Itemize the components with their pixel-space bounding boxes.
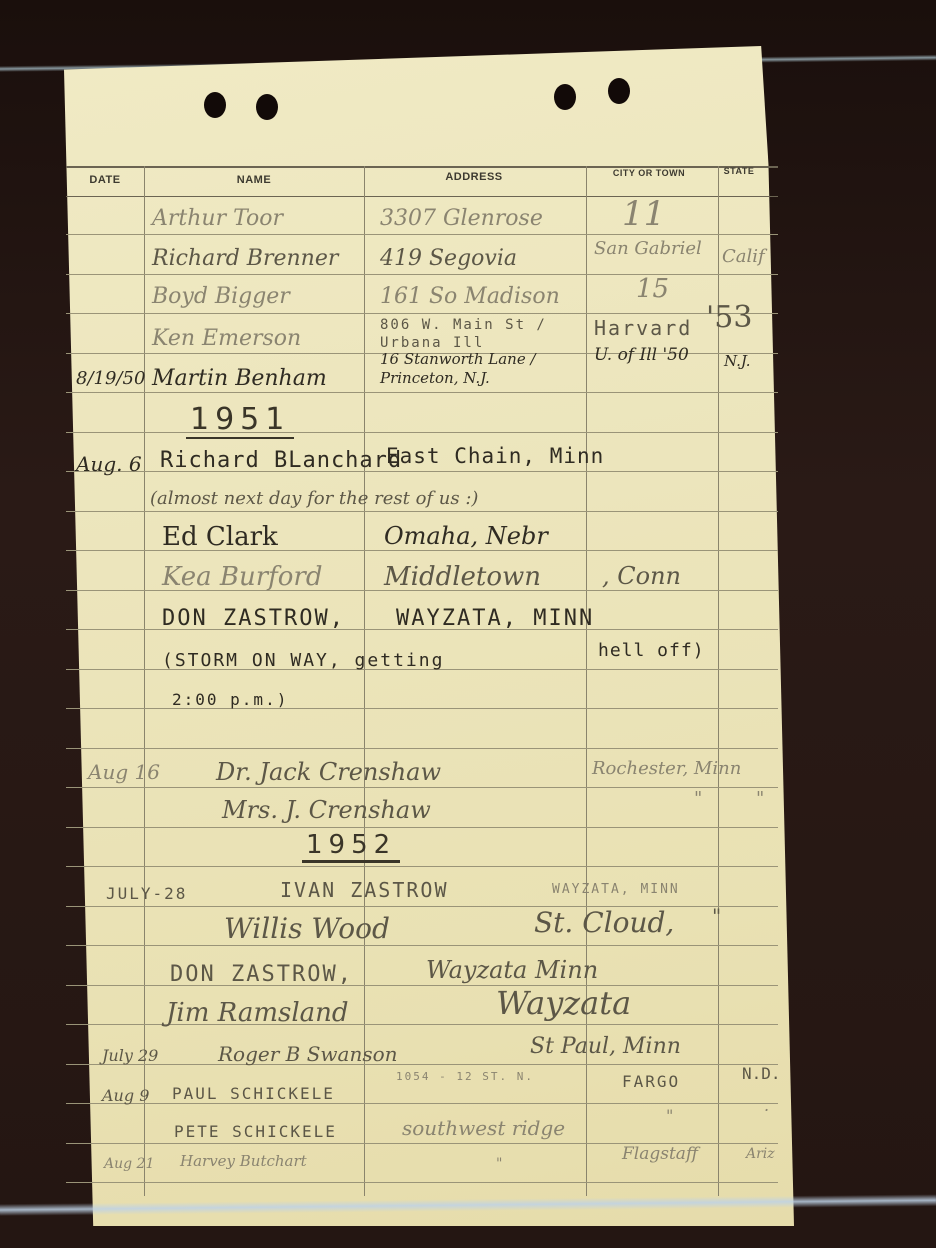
row-rule [66, 945, 778, 946]
row-rule [66, 392, 778, 393]
entry-note: (almost next day for the rest of us :) [150, 488, 478, 509]
entry-city: " [694, 788, 702, 809]
col-header-name: NAME [144, 174, 364, 186]
entry-city: " [712, 904, 721, 928]
entry-city: Rochester, Minn [592, 758, 741, 779]
entry-address: 1054 - 12 ST. N. [396, 1070, 534, 1083]
entry-name: IVAN ZASTROW [280, 878, 449, 902]
entry-state: " [756, 788, 764, 809]
entry-address: St. Cloud, [534, 906, 674, 939]
col-header-address: ADDRESS [364, 171, 584, 183]
entry-address: Wayzata [496, 984, 631, 1022]
row-rule [66, 511, 778, 512]
entry-state: '53 [706, 300, 752, 335]
row-rule [66, 234, 778, 235]
entry-note: hell off) [598, 640, 705, 661]
row-rule [66, 827, 778, 828]
entry-name: Ken Emerson [152, 326, 301, 351]
row-rule [66, 313, 778, 314]
row-rule [66, 1103, 778, 1104]
entry-city: U. of Ill '50 [594, 346, 704, 365]
entry-address: 3307 Glenrose [380, 206, 543, 231]
entry-name: Martin Benham [152, 366, 327, 391]
entry-name: Harvey Butchart [180, 1152, 307, 1170]
col-header-city: CITY OR TOWN [584, 168, 714, 178]
entry-address: St Paul, Minn [530, 1034, 681, 1059]
entry-address: WAYZATA, MINN [396, 606, 594, 631]
entry-address: Omaha, Nebr [384, 522, 548, 550]
entry-name: Roger B Swanson [218, 1042, 398, 1066]
entry-city: San Gabriel [594, 238, 702, 259]
entry-state: N.D. [742, 1064, 781, 1083]
punch-hole [256, 94, 278, 120]
entry-address: East Chain, Minn [386, 444, 604, 468]
entry-name: PAUL SCHICKELE [172, 1084, 335, 1103]
ledger-table: DATE NAME ADDRESS CITY OR TOWN STATE Art… [66, 166, 778, 1196]
row-rule [66, 1064, 778, 1065]
entry-name: Ed Clark [162, 522, 278, 552]
entry-address: 16 Stanworth Lane / Princeton, N.J. [380, 350, 590, 388]
entry-address: Middletown [384, 562, 541, 592]
entry-name: Jim Ramsland [166, 998, 349, 1028]
entry-state: . [764, 1096, 769, 1115]
entry-date: Aug 9 [102, 1086, 149, 1105]
col-divider [144, 166, 145, 1196]
entry-city: Flagstaff [622, 1144, 698, 1164]
year-heading-1952: 1952 [302, 830, 400, 863]
punch-hole [204, 92, 226, 118]
entry-address: 161 So Madison [380, 284, 560, 309]
entry-city: " [666, 1106, 673, 1125]
entry-name: Mrs. J. Crenshaw [222, 796, 431, 824]
entry-address: southwest ridge [402, 1116, 565, 1140]
entry-name: PETE SCHICKELE [174, 1122, 337, 1141]
entry-date: JULY-28 [106, 884, 187, 903]
col-header-date: DATE [66, 174, 144, 186]
entry-address: 419 Segovia [380, 246, 517, 271]
entry-name: DON ZASTROW, [162, 606, 345, 631]
entry-address: " [496, 1156, 502, 1172]
entry-date: Aug 16 [88, 760, 160, 784]
col-header-state: STATE [714, 166, 764, 176]
entry-city: 11 [622, 194, 665, 234]
punch-hole [608, 78, 630, 104]
row-rule [66, 1182, 778, 1183]
entry-note: (STORM ON WAY, getting [162, 650, 444, 671]
entry-name: Richard Brenner [152, 246, 338, 271]
entry-name: DON ZASTROW, [170, 962, 353, 987]
row-rule [66, 787, 778, 788]
row-rule [66, 274, 778, 275]
punch-hole [554, 84, 576, 110]
entry-state: Ariz [746, 1146, 775, 1162]
entry-date: Aug 21 [104, 1156, 154, 1172]
entry-name: Dr. Jack Crenshaw [216, 758, 441, 786]
entry-date: July 29 [102, 1046, 158, 1065]
year-heading-1951: 1951 [186, 402, 294, 439]
entry-state: N.J. [724, 352, 751, 370]
row-rule [66, 866, 778, 867]
row-rule [66, 748, 778, 749]
entry-city: Harvard [594, 316, 692, 340]
entry-address: 806 W. Main St / Urbana Ill [380, 316, 590, 352]
entry-date: Aug. 6 [76, 452, 142, 476]
entry-city: , Conn [602, 562, 681, 590]
ledger-header: DATE NAME ADDRESS CITY OR TOWN STATE [66, 166, 778, 197]
entry-name: Arthur Toor [152, 206, 283, 231]
entry-name: Boyd Bigger [152, 284, 290, 309]
entry-address: Wayzata Minn [426, 956, 598, 984]
row-rule [66, 432, 778, 433]
entry-note: 2:00 p.m.) [172, 690, 288, 709]
entry-city: FARGO [622, 1072, 680, 1091]
entry-name: Richard BLanchard [160, 448, 402, 473]
entry-name: Willis Wood [224, 912, 390, 945]
entry-date: 8/19/50 [76, 368, 145, 389]
entry-state: Calif [722, 246, 765, 267]
entry-city: WAYZATA, MINN [552, 882, 680, 897]
entry-city: 15 [636, 274, 669, 304]
entry-name: Kea Burford [162, 562, 323, 592]
